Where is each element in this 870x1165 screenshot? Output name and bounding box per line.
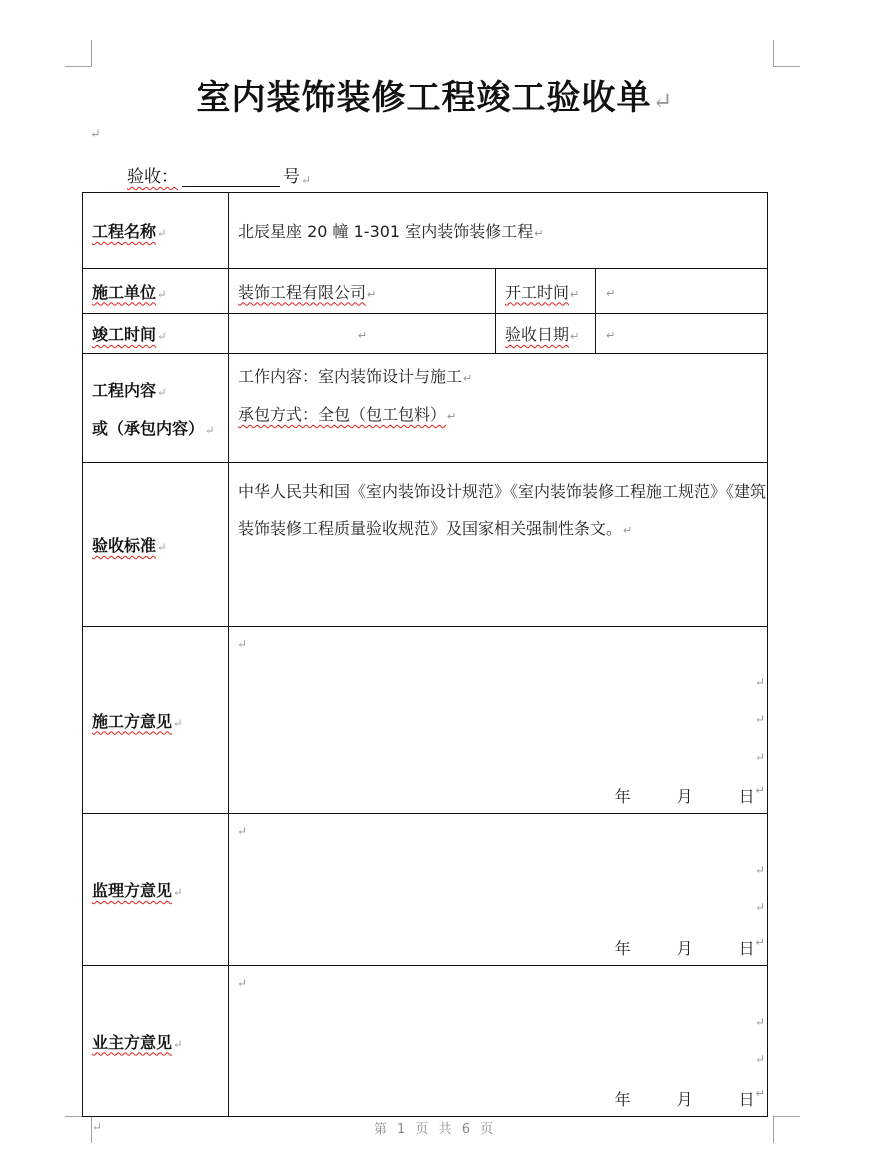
paragraph-mark-icon: ↵ [157, 227, 166, 240]
paragraph-mark-icon: ↵ [755, 1015, 765, 1029]
contractor-opinion-date: 年 月 日↵ [615, 784, 765, 807]
day-label: 日 [739, 936, 755, 959]
year-label: 年 [615, 784, 631, 807]
acceptance-standard-value: 中华人民共和国《室内装饰设计规范》《室内装饰装修工程施工规范》《建筑装饰装修工程… [238, 482, 766, 538]
paragraph-mark-icon: ↵ [756, 1087, 765, 1110]
paragraph-mark-icon: ↵ [157, 288, 166, 301]
project-content-field[interactable]: 工作内容：室内装饰设计与施工↵ 承包方式：全包（包工包料）↵ [229, 354, 768, 463]
acceptance-number-label: 验收： [127, 162, 178, 187]
paragraph-mark-icon: ↵ [237, 824, 247, 838]
document-title[interactable]: 室内装饰装修工程竣工验收单↵ [0, 70, 870, 119]
paragraph-mark-icon: ↵ [606, 329, 615, 342]
acceptance-form-table: 工程名称↵ 北辰星座 20 幢 1-301 室内装饰装修工程↵ 施工单位↵ 装饰… [82, 192, 768, 1117]
paragraph-mark-icon: ↵ [301, 173, 311, 187]
row-acceptance-standard: 验收标准↵ 中华人民共和国《室内装饰设计规范》《室内装饰装修工程施工规范》《建筑… [83, 463, 768, 627]
completion-time-field[interactable]: ↵ [229, 314, 496, 354]
paragraph-mark-icon: ↵ [755, 675, 765, 689]
paragraph-mark-icon: ↵ [570, 330, 579, 343]
empty-paragraph-mark-icon: ↵ [90, 127, 101, 142]
supervisor-opinion-label: 监理方意见 [92, 881, 172, 900]
acceptance-standard-field[interactable]: 中华人民共和国《室内装饰设计规范》《室内装饰装修工程施工规范》《建筑装饰装修工程… [229, 463, 768, 627]
paragraph-mark-icon: ↵ [534, 227, 543, 240]
contractor-label: 施工单位 [92, 283, 156, 302]
project-name-field[interactable]: 北辰星座 20 幢 1-301 室内装饰装修工程↵ [229, 193, 768, 269]
owner-opinion-label: 业主方意见 [92, 1033, 172, 1052]
paragraph-mark-icon: ↵ [463, 372, 472, 385]
contractor-field[interactable]: 装饰工程有限公司↵ [229, 269, 496, 314]
paragraph-mark-icon: ↵ [205, 424, 214, 437]
project-content-label-line2: 或（承包内容）↵ [92, 416, 228, 439]
paragraph-mark-icon: ↵ [173, 886, 182, 899]
paragraph-mark-icon: ↵ [755, 863, 765, 877]
paragraph-mark-icon: ↵ [157, 330, 166, 343]
page-corner-mark-top-left [65, 40, 92, 67]
acceptance-number-suffix: 号 [283, 162, 300, 187]
start-time-label-cell: 开工时间↵ [496, 269, 596, 314]
supervisor-opinion-label-cell: 监理方意见↵ [83, 814, 229, 966]
paragraph-mark-icon: ↵ [756, 784, 765, 807]
month-label: 月 [677, 784, 693, 807]
year-label: 年 [615, 936, 631, 959]
paragraph-mark-icon: ↵ [367, 288, 376, 301]
contractor-opinion-label: 施工方意见 [92, 712, 172, 731]
document-title-text: 室内装饰装修工程竣工验收单 [197, 78, 652, 118]
row-completion-time: 竣工时间↵ ↵ 验收日期↵ ↵ [83, 314, 768, 354]
paragraph-mark-icon: ↵ [755, 712, 765, 726]
contractor-value: 装饰工程有限公司 [238, 283, 366, 302]
paragraph-mark-icon: ↵ [756, 936, 765, 959]
month-label: 月 [677, 936, 693, 959]
paragraph-mark-icon: ↵ [157, 541, 166, 554]
acceptance-date-label-cell: 验收日期↵ [496, 314, 596, 354]
contract-method-line: 承包方式：全包（包工包料）↵ [238, 402, 767, 425]
paragraph-mark-icon: ↵ [157, 386, 166, 399]
paragraph-mark-icon: ↵ [606, 287, 615, 300]
day-label: 日 [739, 784, 755, 807]
row-project-content: 工程内容↵ 或（承包内容）↵ 工作内容：室内装饰设计与施工↵ 承包方式：全包（包… [83, 354, 768, 463]
paragraph-mark-icon: ↵ [237, 976, 247, 990]
row-contractor-opinion: 施工方意见↵ ↵ ↵ ↵ ↵ 年 月 日↵ [83, 627, 768, 814]
paragraph-mark-icon: ↵ [173, 1038, 182, 1051]
acceptance-number-line[interactable]: 验收： 号↵ [127, 162, 311, 187]
paragraph-mark-icon: ↵ [623, 524, 632, 537]
owner-opinion-field[interactable]: ↵ ↵ ↵ 年 月 日↵ [229, 966, 768, 1117]
paragraph-mark-icon: ↵ [173, 717, 182, 730]
start-time-label: 开工时间 [505, 283, 569, 302]
owner-opinion-date: 年 月 日↵ [615, 1087, 765, 1110]
day-label: 日 [739, 1087, 755, 1110]
contractor-opinion-label-cell: 施工方意见↵ [83, 627, 229, 814]
row-contractor: 施工单位↵ 装饰工程有限公司↵ 开工时间↵ ↵ [83, 269, 768, 314]
acceptance-standard-label: 验收标准 [92, 536, 156, 555]
paragraph-mark-icon: ↵ [653, 87, 674, 115]
supervisor-opinion-date: 年 月 日↵ [615, 936, 765, 959]
acceptance-date-field[interactable]: ↵ [596, 314, 768, 354]
row-owner-opinion: 业主方意见↵ ↵ ↵ ↵ 年 月 日↵ [83, 966, 768, 1117]
paragraph-mark-icon: ↵ [755, 900, 765, 914]
project-name-label: 工程名称 [92, 222, 156, 241]
page-number-footer: 第 1 页 共 6 页 [0, 1118, 870, 1137]
owner-opinion-label-cell: 业主方意见↵ [83, 966, 229, 1117]
contractor-opinion-field[interactable]: ↵ ↵ ↵ ↵ 年 月 日↵ [229, 627, 768, 814]
acceptance-date-label: 验收日期 [505, 325, 569, 344]
row-supervisor-opinion: 监理方意见↵ ↵ ↵ ↵ 年 月 日↵ [83, 814, 768, 966]
project-name-value: 北辰星座 20 幢 1-301 室内装饰装修工程 [238, 222, 533, 241]
start-time-field[interactable]: ↵ [596, 269, 768, 314]
project-name-label-cell: 工程名称↵ [83, 193, 229, 269]
paragraph-mark-icon: ↵ [447, 410, 456, 423]
acceptance-standard-label-cell: 验收标准↵ [83, 463, 229, 627]
paragraph-mark-icon: ↵ [755, 750, 765, 764]
completion-time-label-cell: 竣工时间↵ [83, 314, 229, 354]
paragraph-mark-icon: ↵ [570, 288, 579, 301]
year-label: 年 [615, 1087, 631, 1110]
supervisor-opinion-field[interactable]: ↵ ↵ ↵ 年 月 日↵ [229, 814, 768, 966]
page-corner-mark-top-right [773, 40, 800, 67]
contractor-label-cell: 施工单位↵ [83, 269, 229, 314]
acceptance-number-field[interactable] [182, 168, 280, 187]
project-content-label-cell: 工程内容↵ 或（承包内容）↵ [83, 354, 229, 463]
paragraph-mark-icon: ↵ [237, 637, 247, 651]
month-label: 月 [677, 1087, 693, 1110]
row-project-name: 工程名称↵ 北辰星座 20 幢 1-301 室内装饰装修工程↵ [83, 193, 768, 269]
paragraph-mark-icon: ↵ [358, 329, 367, 342]
project-content-label-line1: 工程内容↵ [92, 378, 228, 401]
work-content-line: 工作内容：室内装饰设计与施工↵ [238, 364, 767, 387]
paragraph-mark-icon: ↵ [755, 1052, 765, 1066]
completion-time-label: 竣工时间 [92, 325, 156, 344]
